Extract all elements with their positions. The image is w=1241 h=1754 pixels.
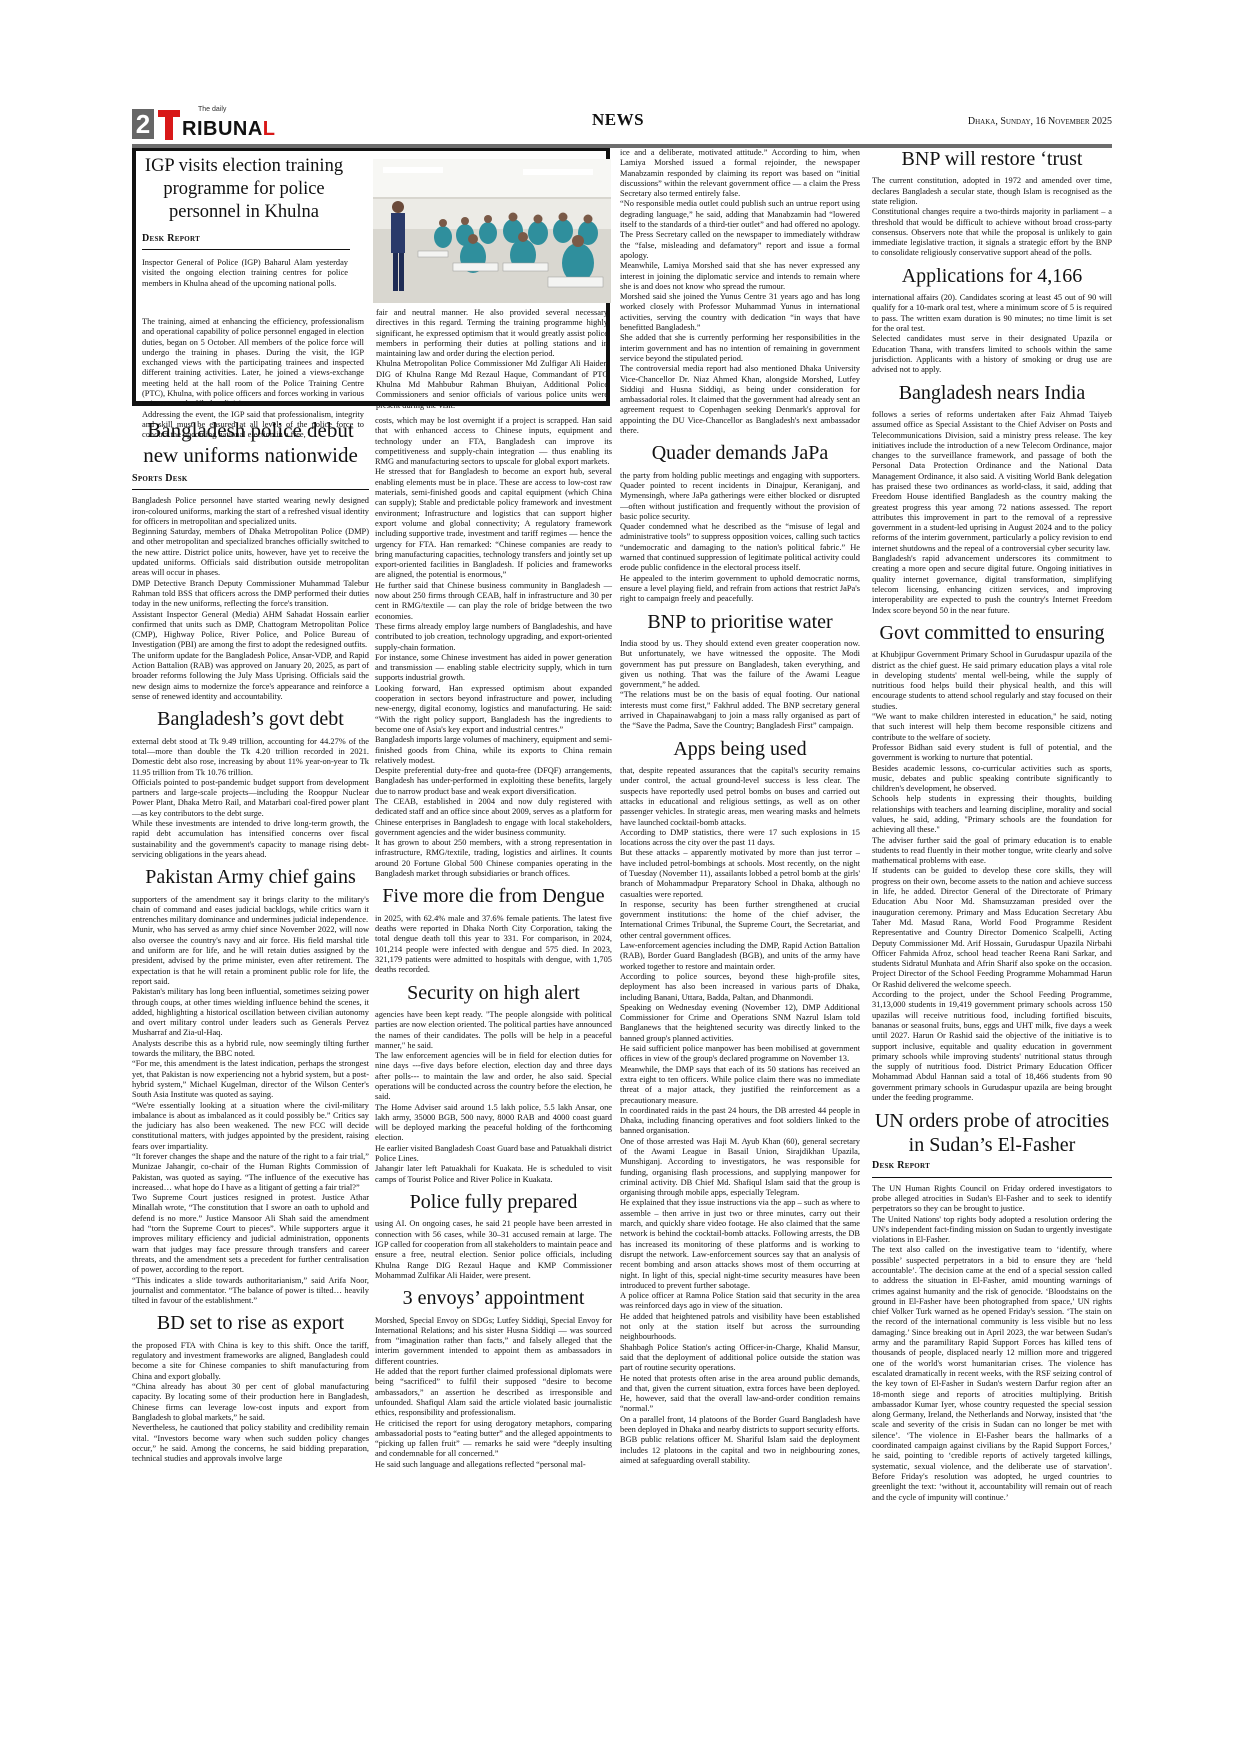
headline-bd-india: Bangladesh nears India — [872, 382, 1112, 404]
paragraph: “We're essentially looking at a situatio… — [132, 1101, 369, 1152]
lead-text-a: Inspector General of Police (IGP) Baharu… — [142, 258, 348, 289]
paragraph: The CEAB, established in 2004 and now du… — [375, 797, 612, 838]
paragraph: DMP Detective Branch Deputy Commissioner… — [132, 579, 369, 610]
paragraph: Schools help students in expressing thei… — [872, 794, 1112, 835]
body-bd-india: follows a series of reforms undertaken a… — [872, 410, 1112, 616]
paragraph: India stood by us. They should extend ev… — [620, 639, 860, 690]
paragraph: Professor Bidhan said every student is f… — [872, 743, 1112, 764]
paragraph: These firms already employ large numbers… — [375, 622, 612, 653]
masthead: 2 The daily RIBUNAL NEWS Dhaka, Sunday, … — [132, 104, 1112, 142]
article-bnp-trust: BNP will restore ‘trust The current cons… — [872, 148, 1112, 259]
article-police-prepared: Police fully prepared using AI. On ongoi… — [375, 1191, 612, 1281]
article-govt-committed: Govt committed to ensuring at Khubjipur … — [872, 622, 1112, 1103]
headline-dengue: Five more die from Dengue — [375, 885, 612, 907]
paragraph: Bangladesh imports large volumes of mach… — [375, 735, 612, 766]
article-bnp-water: BNP to prioritise water India stood by u… — [620, 611, 860, 732]
headline-police-prepared: Police fully prepared — [375, 1191, 612, 1213]
article-un-sudan: UN orders probe of atrocities in Sudan’s… — [872, 1109, 1112, 1503]
column-1: Bangladesh police debut new uniforms nat… — [132, 416, 369, 1464]
article-quader: Quader demands JaPa the party from holdi… — [620, 442, 860, 604]
paragraph: Khulna Metropolitan Police Commissioner … — [376, 359, 608, 410]
paragraph: “The relations must be on the basis of e… — [620, 690, 860, 731]
section-label: NEWS — [592, 110, 644, 130]
paragraph: He stressed that for Bangladesh to becom… — [375, 467, 612, 580]
paragraph: Law-enforcement agencies including the D… — [620, 941, 860, 972]
paragraph: On a parallel front, 14 platoons of the … — [620, 1415, 860, 1436]
paragraph: He further said that Chinese business co… — [375, 581, 612, 622]
paragraph: She added that she is currently performi… — [620, 333, 860, 364]
body-applications: international affairs (20). Candidates s… — [872, 293, 1112, 375]
paragraph: "We want to make children interested in … — [872, 712, 1112, 743]
paragraph: using AI. On ongoing cases, he said 21 p… — [375, 1219, 612, 1281]
headline-bd-export: BD set to rise as export — [132, 1312, 369, 1334]
paragraph: Morshed, Special Envoy on SDGs; Lutfey S… — [375, 1316, 612, 1367]
paragraph: According to the project, under the Scho… — [872, 990, 1112, 1103]
headline-police-uniforms: Bangladesh police debut new uniforms nat… — [132, 418, 369, 468]
body-police-uniforms: Bangladesh Police personnel have started… — [132, 496, 369, 702]
paragraph: The UN Human Rights Council on Friday or… — [872, 1184, 1112, 1215]
paragraph: that, despite repeated assurances that t… — [620, 766, 860, 828]
article-security-alert: Security on high alert agencies have bee… — [375, 982, 612, 1185]
paragraph: Munir, who has served as army chief sinc… — [132, 925, 369, 987]
paragraph: Analysts describe this as a hybrid rule,… — [132, 1039, 369, 1060]
article-pakistan-army: Pakistan Army chief gains supporters of … — [132, 866, 369, 1306]
article-envoys: 3 envoys’ appointment Morshed, Special E… — [375, 1287, 612, 1470]
paragraph: Looking forward, Han expressed optimism … — [375, 684, 612, 735]
paragraph: He earlier visited Bangladesh Coast Guar… — [375, 1144, 612, 1165]
headline-un-sudan: UN orders probe of atrocities in Sudan’s… — [872, 1109, 1112, 1157]
paragraph: It has grown to about 250 members, with … — [375, 838, 612, 879]
lead-story-box: IGP visits election training programme f… — [132, 148, 610, 406]
article-dengue: Five more die from Dengue in 2025, with … — [375, 885, 612, 975]
page-number: 2 — [132, 109, 154, 139]
body-apps: that, despite repeated assurances that t… — [620, 766, 860, 1466]
paragraph: The adviser further said the goal of pri… — [872, 836, 1112, 867]
lead-text-c: fair and neutral manner. He also provide… — [376, 308, 608, 411]
paragraph: Bangladesh's rapid advancement underscor… — [872, 554, 1112, 616]
paragraph: Despite preferential duty-free and quota… — [375, 766, 612, 797]
newspaper-page: 2 The daily RIBUNAL NEWS Dhaka, Sunday, … — [0, 0, 1241, 1754]
paragraph: the proposed FTA with China is key to th… — [132, 1341, 369, 1382]
paragraph: He said such language and allegations re… — [375, 1460, 612, 1470]
headline-govt-committed: Govt committed to ensuring — [872, 622, 1112, 644]
paragraph: “This indicates a slide towards authorit… — [132, 1276, 369, 1307]
paragraph: Speaking on Wednesday evening (November … — [620, 1003, 860, 1044]
paragraph: The law enforcement agencies will be in … — [375, 1051, 612, 1102]
dateline: Dhaka, Sunday, 16 November 2025 — [968, 116, 1112, 127]
body-pakistan-army: supporters of the amendment say it bring… — [132, 895, 369, 1307]
paragraph: costs, which may be lost overnight if a … — [375, 416, 612, 467]
headline-pakistan-army: Pakistan Army chief gains — [132, 866, 369, 888]
headline-quader: Quader demands JaPa — [620, 442, 860, 464]
paragraph: the party from holding public meetings a… — [620, 471, 860, 522]
paragraph: A police officer at Ramna Police Station… — [620, 1291, 860, 1312]
paragraph: But these attacks – apparently motivated… — [620, 848, 860, 899]
paragraph: He noted that protests often arise in th… — [620, 1374, 860, 1415]
paragraph: He said sufficient police manpower has b… — [620, 1044, 860, 1065]
paragraph: The text also called on the investigativ… — [872, 1245, 1112, 1502]
paragraph: Beginning Saturday, members of Dhaka Met… — [132, 527, 369, 578]
headline-bnp-trust: BNP will restore ‘trust — [872, 148, 1112, 170]
paragraph: “It forever changes the shape and the na… — [132, 1152, 369, 1193]
paragraph: supporters of the amendment say it bring… — [132, 895, 369, 926]
paragraph: fair and neutral manner. He also provide… — [376, 308, 608, 359]
paragraph: Quader condemned what he described as th… — [620, 522, 860, 573]
paragraph: He added that the report further claimed… — [375, 1367, 612, 1418]
paragraph: One of those arrested was Haji M. Ayub K… — [620, 1137, 860, 1199]
paragraph: Two Supreme Court justices resigned in p… — [132, 1193, 369, 1275]
paragraph: While these investments are intended to … — [132, 819, 369, 860]
paragraph: In response, security has been further s… — [620, 900, 860, 941]
paragraph: Constitutional changes require a two-thi… — [872, 207, 1112, 258]
paragraph: The uniform update for the Bangladesh Po… — [132, 651, 369, 702]
classroom-photo-illustration — [373, 159, 611, 303]
paragraph: If students can be guided to develop the… — [872, 866, 1112, 990]
body-security-alert: agencies have been kept ready. "The peop… — [375, 1010, 612, 1185]
column-3: ice and a deliberate, motivated attitude… — [620, 148, 860, 1466]
paragraph: In coordinated raids in the past 24 hour… — [620, 1106, 860, 1137]
article-bd-export: BD set to rise as export the proposed FT… — [132, 1312, 369, 1464]
paragraph: agencies have been kept ready. "The peop… — [375, 1010, 612, 1051]
body-envoys-continued: ice and a deliberate, motivated attitude… — [620, 148, 860, 436]
paragraph: Morshed said she joined the Yunus Centre… — [620, 292, 860, 333]
article-applications: Applications for 4,166 international aff… — [872, 265, 1112, 376]
paragraph: Jahangir later left Patuakhali for Kuaka… — [375, 1164, 612, 1185]
headline-bnp-water: BNP to prioritise water — [620, 611, 860, 633]
body-bd-export: the proposed FTA with China is key to th… — [132, 1341, 369, 1465]
body-govt-committed: at Khubjipur Government Primary School i… — [872, 650, 1112, 1103]
article-govt-debt: Bangladesh’s govt debt external debt sto… — [132, 708, 369, 860]
paragraph: Meanwhile, the DMP says that each of its… — [620, 1065, 860, 1106]
paragraph: The United Nations' top rights body adop… — [872, 1215, 1112, 1246]
paragraph: He added that heightened patrols and vis… — [620, 1312, 860, 1343]
paragraph: in 2025, with 62.4% male and 37.6% femal… — [375, 914, 612, 976]
paragraph: Selected candidates must serve in their … — [872, 334, 1112, 375]
body-un-sudan: The UN Human Rights Council on Friday or… — [872, 1184, 1112, 1503]
brand-prefix: The daily — [198, 106, 226, 113]
paragraph: The Home Adviser said around 1.5 lakh po… — [375, 1103, 612, 1144]
paragraph: Inspector General of Police (IGP) Baharu… — [142, 258, 348, 289]
body-police-prepared: using AI. On ongoing cases, he said 21 p… — [375, 1219, 612, 1281]
body-quader: the party from holding public meetings a… — [620, 471, 860, 605]
paragraph: According to police sources, beyond thes… — [620, 972, 860, 1003]
paragraph: The current constitution, adopted in 197… — [872, 176, 1112, 207]
paragraph: “For me, this amendment is the latest in… — [132, 1059, 369, 1100]
byline-desk-report: Desk Report — [872, 1161, 1112, 1177]
headline-applications: Applications for 4,166 — [872, 265, 1112, 287]
body-bnp-trust: The current constitution, adopted in 197… — [872, 176, 1112, 258]
brand-name: RIBUNAL — [182, 118, 276, 140]
paragraph: Besides academic lessons, co-curricular … — [872, 764, 1112, 795]
paragraph: He appealed to the interim government to… — [620, 574, 860, 605]
paragraph: The training, aimed at enhancing the eff… — [142, 317, 364, 410]
paragraph: For instance, some Chinese investment ha… — [375, 653, 612, 684]
lead-headline: IGP visits election training programme f… — [140, 155, 348, 224]
paragraph: “China already has about 30 per cent of … — [132, 1382, 369, 1423]
paragraph: external debt stood at Tk 9.49 trillion,… — [132, 737, 369, 778]
column-2: costs, which may be lost overnight if a … — [375, 416, 612, 1470]
lead-byline: Desk Report — [142, 233, 350, 250]
article-police-uniforms: Bangladesh police debut new uniforms nat… — [132, 418, 369, 702]
paragraph: According to DMP statistics, there were … — [620, 828, 860, 849]
article-bd-india: Bangladesh nears India follows a series … — [872, 382, 1112, 616]
logo-t-glyph — [158, 110, 180, 140]
paragraph: follows a series of reforms undertaken a… — [872, 410, 1112, 554]
lead-photo — [373, 159, 611, 303]
byline-sports-desk: Sports Desk — [132, 474, 369, 490]
headline-security-alert: Security on high alert — [375, 982, 612, 1004]
body-envoys: Morshed, Special Envoy on SDGs; Lutfey S… — [375, 1316, 612, 1470]
paragraph: at Khubjipur Government Primary School i… — [872, 650, 1112, 712]
paragraph: The controversial media report had also … — [620, 364, 860, 436]
paragraph: BGB public relations officer M. Shariful… — [620, 1435, 860, 1466]
body-govt-debt: external debt stood at Tk 9.49 trillion,… — [132, 737, 369, 861]
headline-envoys: 3 envoys’ appointment — [375, 1287, 612, 1309]
paragraph: ice and a deliberate, motivated attitude… — [620, 148, 860, 199]
paragraph: Pakistan's military has long been influe… — [132, 987, 369, 1038]
paragraph: Assistant Inspector General (Media) AHM … — [132, 610, 369, 651]
paragraph: He explained that they issue instruction… — [620, 1198, 860, 1291]
paragraph: He criticised the report for using derog… — [375, 1419, 612, 1460]
paragraph: Meanwhile, Lamiya Morshed said that she … — [620, 261, 860, 292]
article-apps: Apps being used that, despite repeated a… — [620, 738, 860, 1467]
paragraph: international affairs (20). Candidates s… — [872, 293, 1112, 334]
paragraph: Bangladesh Police personnel have started… — [132, 496, 369, 527]
paragraph: Officials pointed to post-pandemic budge… — [132, 778, 369, 819]
headline-apps: Apps being used — [620, 738, 860, 760]
body-dengue: in 2025, with 62.4% male and 37.6% femal… — [375, 914, 612, 976]
body-bd-export-continued: costs, which may be lost overnight if a … — [375, 416, 612, 879]
paragraph: “No responsible media outlet could publi… — [620, 199, 860, 261]
body-bnp-water: India stood by us. They should extend ev… — [620, 639, 860, 732]
paragraph: Shahbagh Police Station's acting Officer… — [620, 1343, 860, 1374]
paragraph: Nevertheless, he cautioned that policy s… — [132, 1423, 369, 1464]
column-4: BNP will restore ‘trust The current cons… — [872, 148, 1112, 1503]
headline-govt-debt: Bangladesh’s govt debt — [132, 708, 369, 730]
